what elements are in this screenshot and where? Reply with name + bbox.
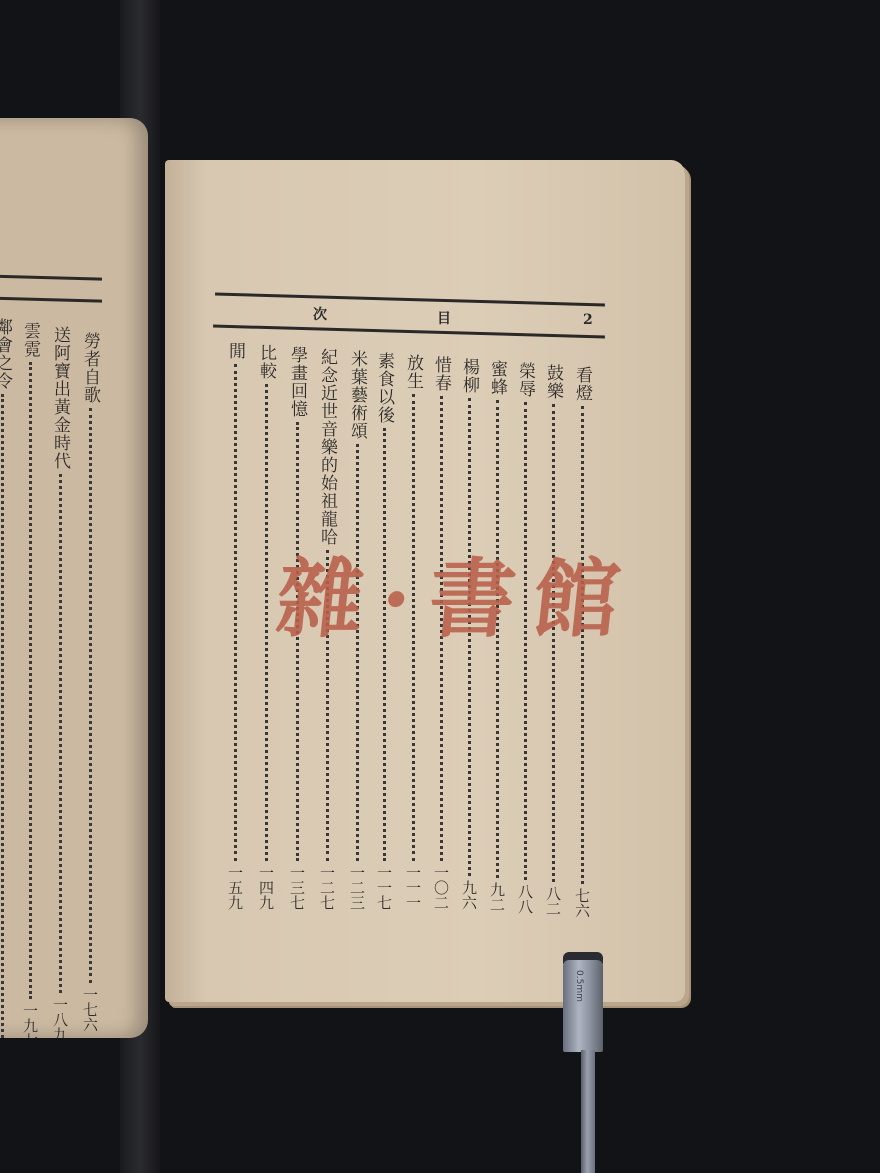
entry-title: 送阿寶出黃金時代 — [49, 326, 71, 470]
toc-entry[interactable]: 勞者自歌 一七六 — [78, 332, 102, 1032]
entry-title: 蜜蜂 — [486, 360, 508, 396]
entry-page: 九二 — [487, 882, 507, 912]
entry-page: 九六 — [459, 880, 479, 910]
entry-page: 一〇二 — [431, 865, 451, 910]
entry-title: 學畫回憶 — [286, 346, 308, 418]
header-rule-top — [0, 274, 102, 280]
entry-page: 七六 — [572, 888, 592, 918]
entry-page: 一四九 — [256, 865, 276, 910]
entry-page: 一七六 — [80, 987, 100, 1032]
header-page-number: 2 — [583, 312, 593, 328]
entry-title: 鄰會之令 — [0, 318, 13, 390]
entry-title: 鼓樂 — [542, 364, 564, 400]
entry-page: 一三七 — [287, 865, 307, 910]
header-title-char-mu: 目 — [437, 308, 451, 328]
toc-entry[interactable]: 送阿寶出黃金時代 一八九 — [48, 326, 72, 1038]
entry-title: 米葉藝術頌 — [346, 350, 368, 440]
watermark: 雜·書館 — [271, 530, 644, 654]
entry-title: 看燈 — [571, 366, 593, 402]
header-rule-bottom — [0, 296, 102, 302]
leader-dots — [59, 474, 62, 993]
entry-title: 紀念近世音樂的始祖龍哈 — [316, 348, 338, 546]
entry-title: 比較 — [255, 344, 277, 380]
leader-dots — [89, 408, 92, 983]
entry-page: 一二七 — [317, 865, 337, 910]
toc-entry[interactable]: 鄰會之令 — [0, 318, 14, 1038]
pen-label: 0.5mm — [574, 970, 584, 1002]
entry-page: 一八九 — [50, 997, 70, 1038]
header-rule-top — [215, 293, 605, 307]
left-page: 勞者自歌 一七六 送阿寶出黃金時代 一八九 雲霓 一九七 鄰會之令 — [0, 118, 148, 1038]
entry-title: 楊柳 — [458, 358, 480, 394]
pen-rod — [581, 1050, 595, 1173]
leader-dots — [1, 394, 4, 1038]
entry-page: 一五九 — [225, 865, 245, 910]
header-title-char-ci: 次 — [313, 304, 327, 324]
entry-page: 八八 — [515, 884, 535, 914]
entry-title: 雲霓 — [19, 322, 41, 358]
toc-entry[interactable]: 雲霓 一九七 — [18, 322, 42, 1038]
entry-title: 榮辱 — [514, 362, 536, 398]
entry-page: 一九七 — [20, 1003, 40, 1038]
entry-page: 八二 — [543, 886, 563, 916]
header-rule-bottom — [213, 325, 605, 339]
entry-title: 惜春 — [430, 356, 452, 392]
leader-dots — [29, 362, 32, 999]
entry-page: 一一一 — [403, 865, 423, 910]
leader-dots — [234, 364, 237, 861]
toc-entry[interactable]: 閒 一五九 — [223, 342, 247, 910]
leader-dots — [265, 384, 268, 861]
entry-page: 一一七 — [374, 865, 394, 910]
entry-title: 閒 — [224, 342, 246, 360]
entry-page: 一二三 — [347, 865, 367, 910]
entry-title: 放生 — [402, 354, 424, 390]
entry-title: 勞者自歌 — [79, 332, 101, 404]
entry-title: 素食以後 — [373, 352, 395, 424]
